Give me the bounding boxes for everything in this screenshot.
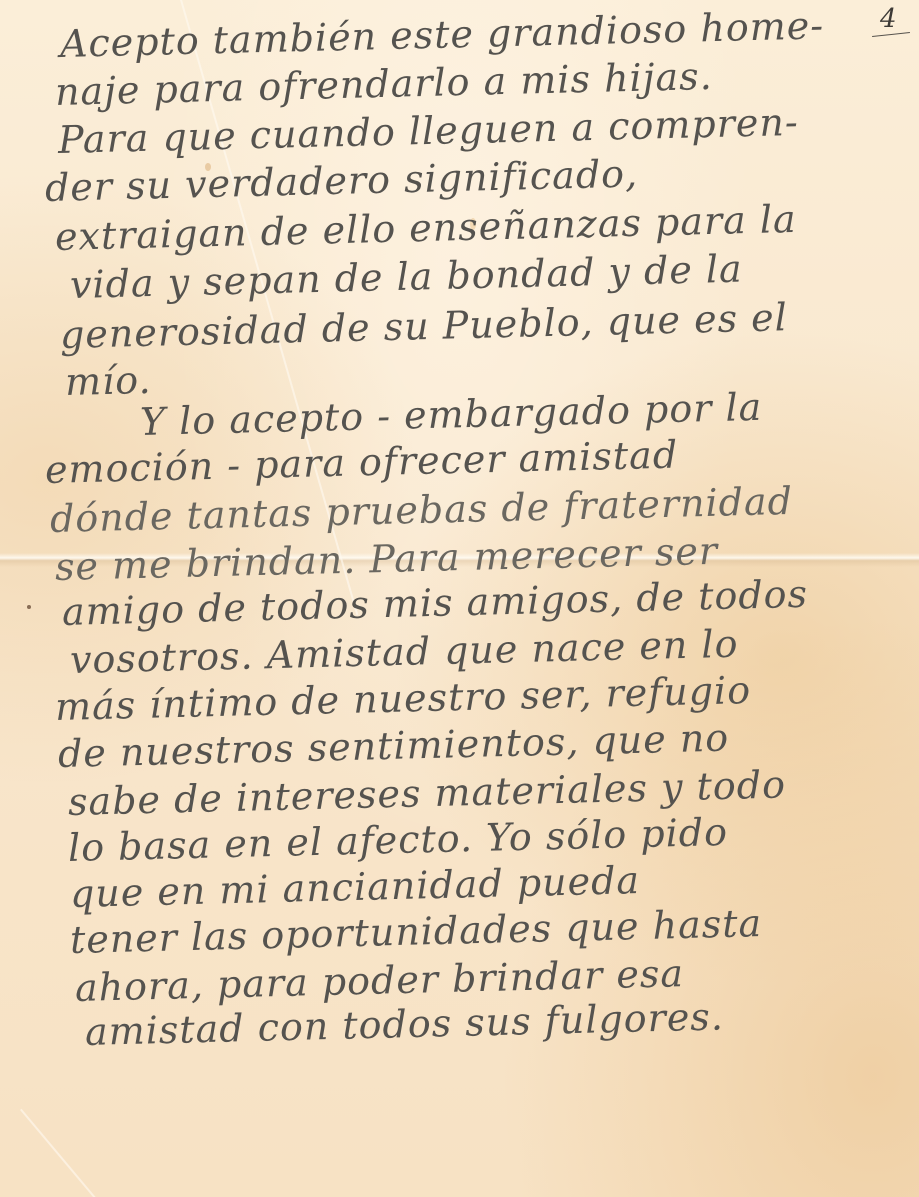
page-number: 4 [880,4,897,34]
corner-crease [20,1109,99,1197]
text-line: mío. [64,358,152,404]
text-line: der su verdadero significado, [44,152,638,210]
paper-dot [27,605,31,609]
letter-page: 4 Acepto también este grandioso home- na… [0,0,919,1197]
